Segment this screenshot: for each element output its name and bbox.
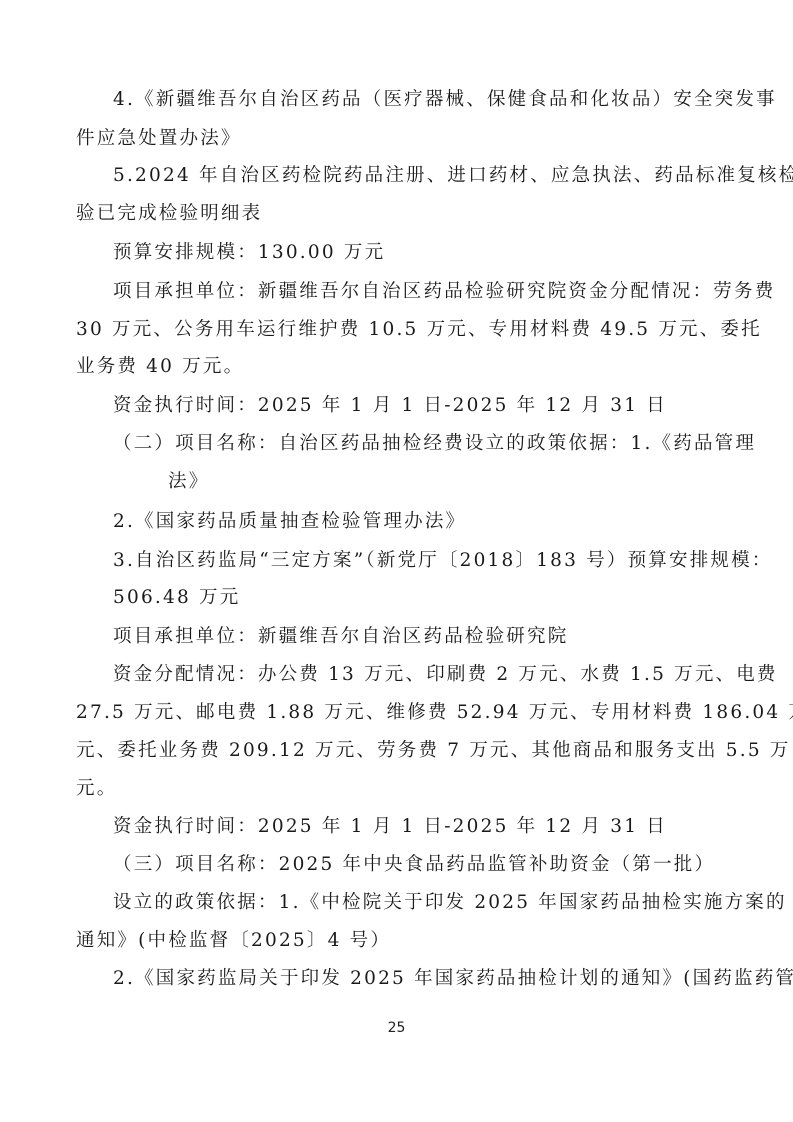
text-line: 2.《国家药品质量抽查检验管理办法》: [113, 510, 466, 534]
text-line: 27.5 万元、邮电费 1.88 万元、维修费 52.94 万元、专用材料费 1…: [76, 701, 793, 725]
document-page: 4.《新疆维吾尔自治区药品（医疗器械、保健食品和化妆品）安全突发事件应急处置办法…: [0, 0, 793, 1122]
text-line: （二）项目名称：自治区药品抽检经费设立的政策依据：1.《药品管理: [113, 432, 756, 456]
text-line: 验已完成检验明细表: [76, 202, 262, 226]
text-line: 件应急处置办法》: [76, 127, 242, 151]
text-line: 3.自治区药监局“三定方案”（新党厅〔2018〕183 号）预算安排规模：: [113, 549, 773, 573]
text-line: 30 万元、公务用车运行维护费 10.5 万元、专用材料费 49.5 万元、委托: [76, 318, 762, 342]
text-line: 业务费 40 万元。: [76, 355, 244, 379]
text-line: 元。: [76, 777, 117, 801]
page-number: 25: [0, 1020, 793, 1036]
text-line: 资金执行时间：2025 年 1 月 1 日-2025 年 12 月 31 日: [113, 394, 667, 418]
text-line: 5.2024 年自治区药检院药品注册、进口药材、应急执法、药品标准复核检: [113, 164, 793, 188]
text-line: 法》: [168, 470, 209, 494]
text-line: 项目承担单位：新疆维吾尔自治区药品检验研究院资金分配情况：劳务费: [113, 280, 775, 304]
text-line: 通知》(中检监督〔2025〕4 号）: [76, 929, 391, 953]
text-line: 项目承担单位：新疆维吾尔自治区药品检验研究院: [113, 625, 568, 649]
text-line: 元、委托业务费 209.12 万元、劳务费 7 万元、其他商品和服务支出 5.5…: [76, 739, 791, 763]
text-line: （三）项目名称：2025 年中央食品药品监管补助资金（第一批）: [113, 853, 715, 877]
text-line: 506.48 万元: [113, 586, 240, 610]
text-line: 4.《新疆维吾尔自治区药品（医疗器械、保健食品和化妆品）安全突发事: [113, 88, 777, 112]
text-line: 设立的政策依据：1.《中检院关于印发 2025 年国家药品抽检实施方案的: [113, 891, 787, 915]
text-line: 预算安排规模：130.00 万元: [113, 241, 385, 265]
text-line: 2.《国家药监局关于印发 2025 年国家药品抽检计划的通知》(国药监药管: [113, 967, 793, 991]
text-line: 资金分配情况：办公费 13 万元、印刷费 2 万元、水费 1.5 万元、电费: [113, 663, 778, 687]
text-line: 资金执行时间：2025 年 1 月 1 日-2025 年 12 月 31 日: [113, 815, 667, 839]
